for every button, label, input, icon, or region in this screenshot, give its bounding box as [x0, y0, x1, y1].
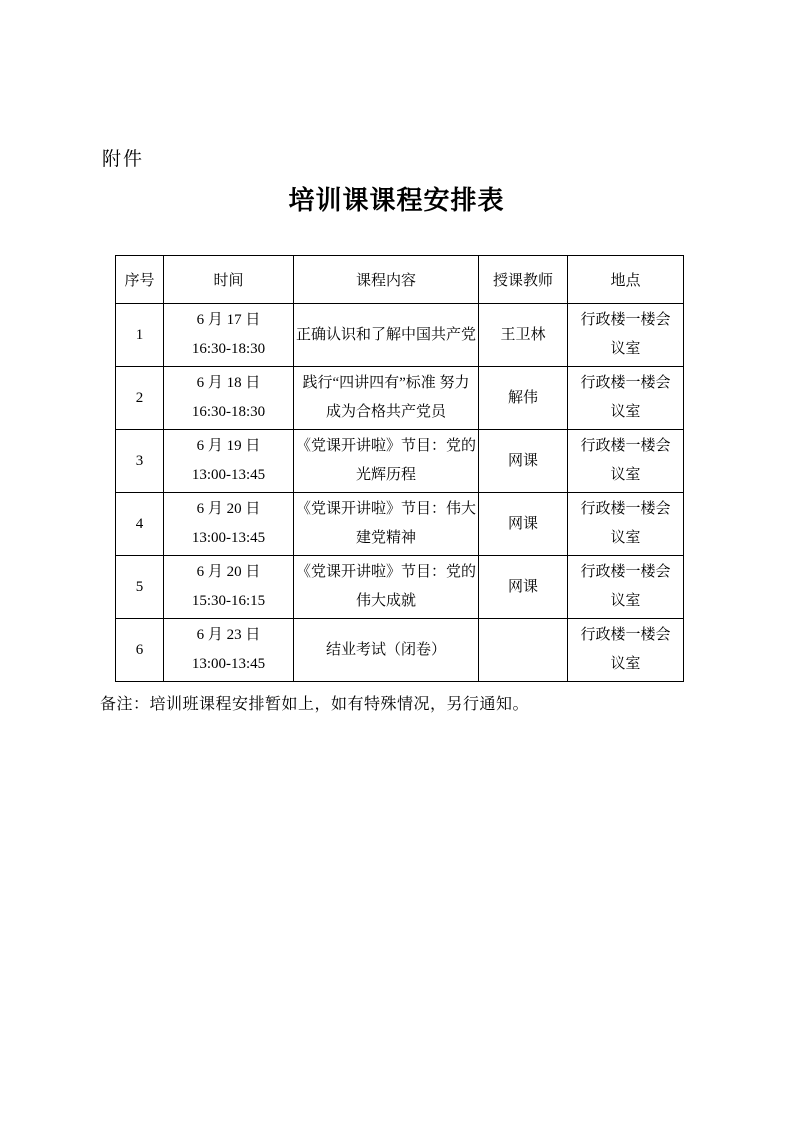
cell-line: 结业考试（闭卷）	[294, 636, 478, 665]
cell-line: 伟大成就	[294, 587, 478, 616]
content-cell: 《党课开讲啦》节目：党的伟大成就	[294, 556, 479, 619]
time-cell: 6 月 20 日13:00-13:45	[164, 493, 294, 556]
header-no: 序号	[116, 256, 164, 304]
cell-line: 6 月 20 日	[164, 558, 293, 587]
cell-line: 16:30-18:30	[164, 335, 293, 364]
cell-line: 《党课开讲啦》节目：党的	[294, 432, 478, 461]
table-row: 16 月 17 日16:30-18:30正确认识和了解中国共产党王卫林行政楼一楼…	[116, 304, 684, 367]
teacher-cell: 解伟	[479, 367, 568, 430]
location-cell: 行政楼一楼会议室	[568, 556, 684, 619]
cell-line: 网课	[479, 510, 567, 539]
cell-line: 4	[116, 510, 163, 539]
teacher-cell: 网课	[479, 493, 568, 556]
row-number-cell: 5	[116, 556, 164, 619]
cell-line: 行政楼一楼会	[568, 369, 683, 398]
location-cell: 行政楼一楼会议室	[568, 430, 684, 493]
cell-line: 正确认识和了解中国共产党	[294, 321, 478, 350]
location-cell: 行政楼一楼会议室	[568, 304, 684, 367]
cell-line: 王卫林	[479, 321, 567, 350]
header-teacher: 授课教师	[479, 256, 568, 304]
cell-line: 13:00-13:45	[164, 461, 293, 490]
cell-line: 2	[116, 384, 163, 413]
time-cell: 6 月 19 日13:00-13:45	[164, 430, 294, 493]
cell-line: 议室	[568, 461, 683, 490]
time-cell: 6 月 17 日16:30-18:30	[164, 304, 294, 367]
cell-line: 13:00-13:45	[164, 650, 293, 679]
cell-line: 5	[116, 573, 163, 602]
cell-line: 6 月 19 日	[164, 432, 293, 461]
cell-line: 行政楼一楼会	[568, 621, 683, 650]
cell-line: 行政楼一楼会	[568, 558, 683, 587]
schedule-table-body: 16 月 17 日16:30-18:30正确认识和了解中国共产党王卫林行政楼一楼…	[116, 304, 684, 682]
cell-line: 6 月 18 日	[164, 369, 293, 398]
time-cell: 6 月 20 日15:30-16:15	[164, 556, 294, 619]
page-title: 培训课课程安排表	[0, 180, 793, 217]
cell-line: 《党课开讲啦》节目：伟大	[294, 495, 478, 524]
content-cell: 结业考试（闭卷）	[294, 619, 479, 682]
cell-line: 光辉历程	[294, 461, 478, 490]
cell-line: 6 月 17 日	[164, 306, 293, 335]
time-cell: 6 月 18 日16:30-18:30	[164, 367, 294, 430]
row-number-cell: 2	[116, 367, 164, 430]
cell-line: 解伟	[479, 384, 567, 413]
table-row: 46 月 20 日13:00-13:45《党课开讲啦》节目：伟大建党精神网课行政…	[116, 493, 684, 556]
time-cell: 6 月 23 日13:00-13:45	[164, 619, 294, 682]
cell-line: 行政楼一楼会	[568, 432, 683, 461]
cell-line: 网课	[479, 447, 567, 476]
header-content: 课程内容	[294, 256, 479, 304]
footer-note: 备注：培训班课程安排暂如上，如有特殊情况，另行通知。	[100, 691, 529, 714]
teacher-cell: 王卫林	[479, 304, 568, 367]
cell-line: 15:30-16:15	[164, 587, 293, 616]
row-number-cell: 1	[116, 304, 164, 367]
content-cell: 正确认识和了解中国共产党	[294, 304, 479, 367]
cell-line: 议室	[568, 524, 683, 553]
cell-line: 行政楼一楼会	[568, 306, 683, 335]
cell-line: 6 月 23 日	[164, 621, 293, 650]
cell-line: 3	[116, 447, 163, 476]
cell-line: 网课	[479, 573, 567, 602]
table-row: 66 月 23 日13:00-13:45结业考试（闭卷）行政楼一楼会议室	[116, 619, 684, 682]
document-page: 附件 培训课课程安排表 序号 时间 课程内容 授课教师 地点 16 月 17 日…	[0, 0, 793, 1122]
content-cell: 《党课开讲啦》节目：党的光辉历程	[294, 430, 479, 493]
table-row: 26 月 18 日16:30-18:30践行“四讲四有”标准 努力成为合格共产党…	[116, 367, 684, 430]
teacher-cell: 网课	[479, 430, 568, 493]
cell-line: 议室	[568, 650, 683, 679]
teacher-cell	[479, 619, 568, 682]
cell-line: 议室	[568, 587, 683, 616]
cell-line: 议室	[568, 398, 683, 427]
content-cell: 践行“四讲四有”标准 努力成为合格共产党员	[294, 367, 479, 430]
location-cell: 行政楼一楼会议室	[568, 493, 684, 556]
cell-line: 《党课开讲啦》节目：党的	[294, 558, 478, 587]
cell-line: 建党精神	[294, 524, 478, 553]
location-cell: 行政楼一楼会议室	[568, 619, 684, 682]
cell-line: 成为合格共产党员	[294, 398, 478, 427]
cell-line: 践行“四讲四有”标准 努力	[294, 369, 478, 398]
cell-line: 议室	[568, 335, 683, 364]
cell-line: 行政楼一楼会	[568, 495, 683, 524]
teacher-cell: 网课	[479, 556, 568, 619]
cell-line: 13:00-13:45	[164, 524, 293, 553]
row-number-cell: 6	[116, 619, 164, 682]
header-time: 时间	[164, 256, 294, 304]
row-number-cell: 3	[116, 430, 164, 493]
table-row: 36 月 19 日13:00-13:45《党课开讲啦》节目：党的光辉历程网课行政…	[116, 430, 684, 493]
schedule-table: 序号 时间 课程内容 授课教师 地点 16 月 17 日16:30-18:30正…	[115, 255, 684, 682]
content-cell: 《党课开讲啦》节目：伟大建党精神	[294, 493, 479, 556]
header-location: 地点	[568, 256, 684, 304]
cell-line: 16:30-18:30	[164, 398, 293, 427]
cell-line: 6	[116, 636, 163, 665]
attachment-label: 附件	[102, 144, 144, 171]
table-header-row: 序号 时间 课程内容 授课教师 地点	[116, 256, 684, 304]
row-number-cell: 4	[116, 493, 164, 556]
cell-line: 1	[116, 321, 163, 350]
cell-line: 6 月 20 日	[164, 495, 293, 524]
location-cell: 行政楼一楼会议室	[568, 367, 684, 430]
table-row: 56 月 20 日15:30-16:15《党课开讲啦》节目：党的伟大成就网课行政…	[116, 556, 684, 619]
